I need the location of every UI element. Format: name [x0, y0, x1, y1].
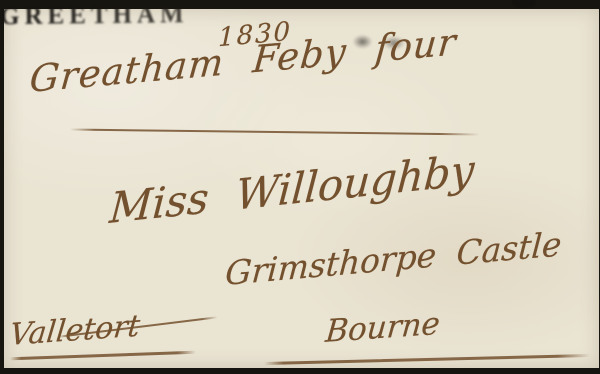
scanned-photo: 1830 GREETHAM Greatham Feby four Miss Wi…	[0, 0, 600, 374]
